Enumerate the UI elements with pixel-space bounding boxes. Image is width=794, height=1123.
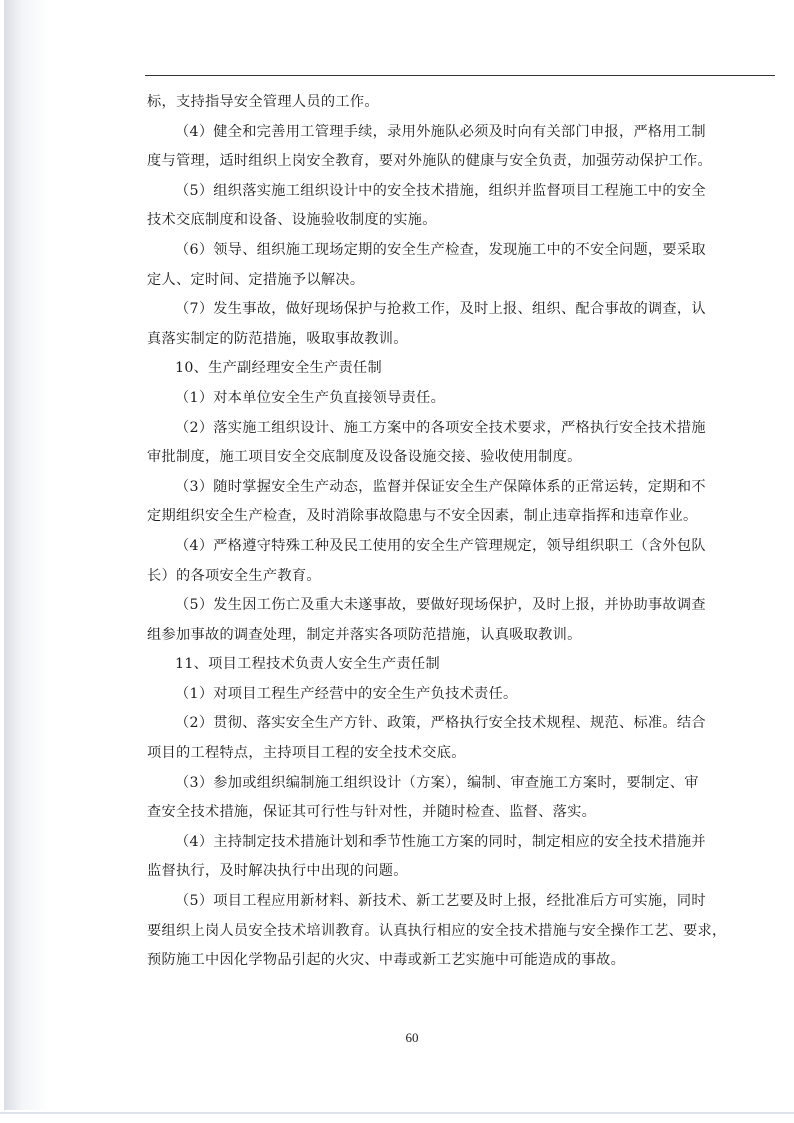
section-10-item-3-line-2: 定期组织安全生产检查，及时消除事故隐患与不安全因素，制止违章指挥和违章作业。: [147, 502, 777, 532]
scan-bottom-edge: [0, 1112, 794, 1114]
page-body: 标，支持指导安全管理人员的工作。 （4）健全和完善用工管理手续，录用外施队必须及…: [147, 88, 777, 976]
header-rule: [145, 75, 775, 76]
section-10-item-5-line-2: 组参加事故的调查处理，制定并落实各项防范措施，认真吸取教训。: [147, 621, 777, 651]
section-11-item-4-line-1: （4）主持制定技术措施计划和季节性施工方案的同时，制定相应的安全技术措施并: [147, 828, 777, 858]
paragraph-item-7-line-2: 真落实制定的防范措施，吸取事故教训。: [147, 325, 777, 355]
section-10-item-2-line-1: （2）落实施工组织设计、施工方案中的各项安全技术要求，严格执行安全技术措施: [147, 414, 777, 444]
section-10-item-4-line-1: （4）严格遵守特殊工种及民工使用的安全生产管理规定，领导组织职工（含外包队: [147, 532, 777, 562]
paragraph-item-4-line-1: （4）健全和完善用工管理手续，录用外施队必须及时向有关部门申报，严格用工制: [147, 118, 777, 148]
section-11-item-2-line-2: 项目的工程特点，主持项目工程的安全技术交底。: [147, 739, 777, 769]
section-10-item-2-line-2: 审批制度，施工项目安全交底制度及设备设施交接、验收使用制度。: [147, 443, 777, 473]
section-10-item-5-line-1: （5）发生因工伤亡及重大未遂事故，要做好现场保护，及时上报，并协助事故调查: [147, 591, 777, 621]
paragraph-item-7-line-1: （7）发生事故，做好现场保护与抢救工作，及时上报、组织、配合事故的调查，认: [147, 295, 777, 325]
scan-edge-shadow: [4, 0, 50, 1110]
section-11-item-5-line-3: 预防施工中因化学物品引起的火灾、中毒或新工艺实施中可能造成的事故。: [147, 946, 777, 976]
section-10-item-3-line-1: （3）随时掌握安全生产动态，监督并保证安全生产保障体系的正常运转，定期和不: [147, 473, 777, 503]
paragraph-item-6-line-1: （6）领导、组织施工现场定期的安全生产检查，发现施工中的不安全问题，要采取: [147, 236, 777, 266]
paragraph-item-6-line-2: 定人、定时间、定措施予以解决。: [147, 266, 777, 296]
section-11-item-4-line-2: 监督执行，及时解决执行中出现的问题。: [147, 857, 777, 887]
section-heading-11: 11、项目工程技术负责人安全生产责任制: [147, 650, 777, 680]
section-10-item-1: （1）对本单位安全生产负直接领导责任。: [147, 384, 777, 414]
section-11-item-3-line-1: （3）参加或组织编制施工组织设计（方案），编制、审查施工方案时，要制定、审: [147, 769, 777, 799]
paragraph-item-4-line-2: 度与管理，适时组织上岗安全教育，要对外施队的健康与安全负责，加强劳动保护工作。: [147, 147, 777, 177]
paragraph-item-5-line-2: 技术交底制度和设备、设施验收制度的实施。: [147, 206, 777, 236]
section-10-item-4-line-2: 长）的各项安全生产教育。: [147, 562, 777, 592]
section-11-item-5-line-2: 要组织上岗人员安全技术培训教育。认真执行相应的安全技术措施与安全操作工艺、要求，: [147, 917, 777, 947]
section-heading-10: 10、生产副经理安全生产责任制: [147, 354, 777, 384]
paragraph-item-5-line-1: （5）组织落实施工组织设计中的安全技术措施，组织并监督项目工程施工中的安全: [147, 177, 777, 207]
paragraph-continuation: 标，支持指导安全管理人员的工作。: [147, 88, 777, 118]
page-number: 60: [0, 1030, 794, 1046]
section-11-item-1: （1）对项目工程生产经营中的安全生产负技术责任。: [147, 680, 777, 710]
section-11-item-5-line-1: （5）项目工程应用新材料、新技术、新工艺要及时上报，经批准后方可实施，同时: [147, 887, 777, 917]
section-11-item-2-line-1: （2）贯彻、落实安全生产方针、政策，严格执行安全技术规程、规范、标准。结合: [147, 709, 777, 739]
section-11-item-3-line-2: 查安全技术措施，保证其可行性与针对性，并随时检查、监督、落实。: [147, 798, 777, 828]
